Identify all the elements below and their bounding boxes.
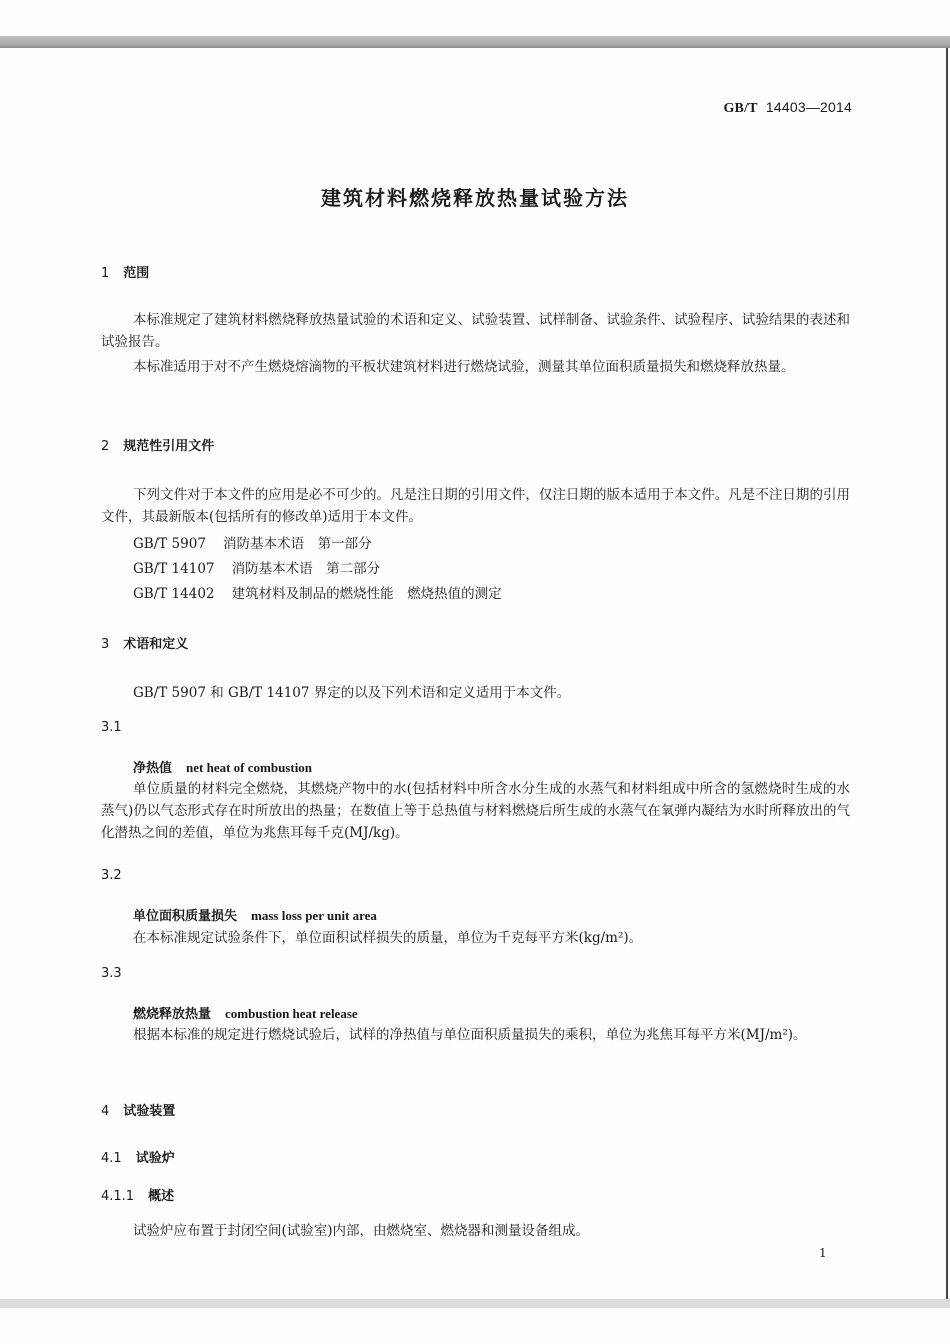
section-2-paragraph: 下列文件对于本文件的应用是必不可少的。凡是注日期的引用文件，仅注日期的版本适用于… [101, 484, 850, 528]
section-4-1-1-heading: 4.1.1概述 [101, 1185, 174, 1204]
section-4-heading: 4试验装置 [101, 1100, 175, 1119]
document-title: 建筑材料燃烧释放热量试验方法 [0, 182, 950, 211]
reference-item: GB/T 14107 消防基本术语 第二部分 [133, 557, 380, 577]
term-3-2-heading: 单位面积质量损失mass loss per unit area [133, 905, 377, 924]
reference-item: GB/T 14402 建筑材料及制品的燃烧性能 燃烧热值的测定 [133, 582, 502, 602]
reference-item: GB/T 5907 消防基本术语 第一部分 [133, 532, 372, 552]
section-3-paragraph: GB/T 5907 和 GB/T 14107 界定的以及下列术语和定义适用于本文… [101, 682, 850, 704]
section-4-1-heading: 4.1试验炉 [101, 1147, 175, 1166]
viewer-bottom-band [0, 1299, 950, 1308]
section-4-1-1-paragraph: 试验炉应布置于封闭空间(试验室)内部，由燃烧室、燃烧器和测量设备组成。 [101, 1220, 850, 1242]
viewer-top-band [0, 36, 950, 48]
section-2-heading: 2规范性引用文件 [101, 435, 214, 454]
page-right-border [946, 48, 948, 1299]
term-3-2-number: 3.2 [101, 868, 136, 883]
page-number: 1 [819, 1246, 827, 1260]
term-3-3-definition: 根据本标准的规定进行燃烧试验后，试样的净热值与单位面积质量损失的乘积，单位为兆焦… [101, 1024, 850, 1046]
standard-number: GB/T 14403—2014 [723, 99, 852, 117]
section-1-heading: 1范围 [101, 262, 149, 281]
term-3-2-definition: 在本标准规定试验条件下，单位面积试样损失的质量，单位为千克每平方米(kg/m²)… [101, 927, 850, 949]
section-1-paragraph-2: 本标准适用于对不产生燃烧熔滴物的平板状建筑材料进行燃烧试验，测量其单位面积质量损… [101, 356, 850, 378]
term-3-1-definition: 单位质量的材料完全燃烧，其燃烧产物中的水(包括材料中所含水分生成的水蒸气和材料组… [101, 778, 850, 844]
term-3-3-heading: 燃烧释放热量combustion heat release [133, 1003, 358, 1022]
term-3-1-number: 3.1 [101, 720, 136, 735]
section-3-heading: 3术语和定义 [101, 633, 188, 652]
section-1-paragraph-1: 本标准规定了建筑材料燃烧释放热量试验的术语和定义、试验装置、试样制备、试验条件、… [101, 309, 850, 353]
term-3-3-number: 3.3 [101, 966, 136, 981]
term-3-1-heading: 净热值net heat of combustion [133, 757, 312, 776]
